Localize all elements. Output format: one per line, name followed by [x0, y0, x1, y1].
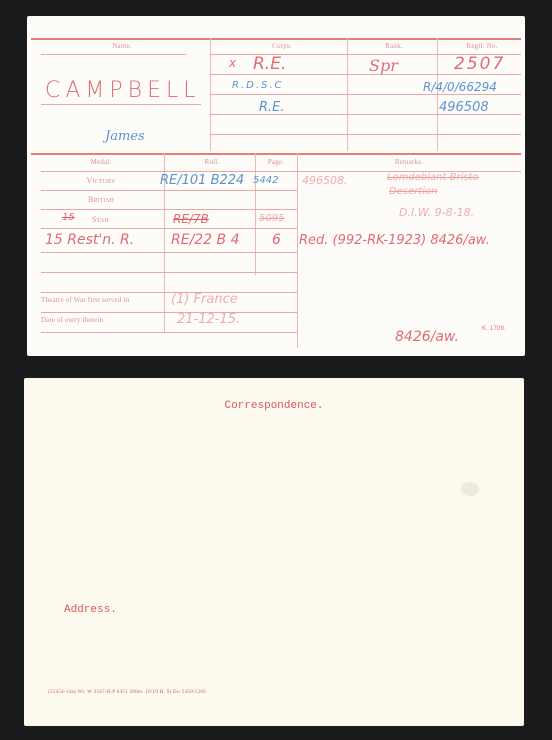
theatre-value: (1) France [171, 292, 238, 307]
roll-victory: RE/101 B224 [160, 173, 244, 188]
rule [41, 228, 297, 229]
entry-date-label: Date of entry therein [41, 316, 103, 324]
header-page: Page. [255, 158, 297, 166]
medal-victory: Victory [41, 176, 161, 185]
remarks-rest: Red. (992-RK-1923) 8426/aw. [299, 233, 490, 248]
remarks-struck-1: Lomdeblant Bristo [387, 172, 479, 183]
rule [41, 252, 297, 253]
rule [41, 190, 297, 191]
medal-star: Star [92, 215, 109, 224]
forename: James [105, 129, 145, 144]
print-line: (25454-14a) Wt. W 3347-H.P 6451 200m. 10… [48, 690, 206, 695]
page-star: 5095 [259, 213, 284, 224]
rule [210, 74, 521, 75]
header-name: Name. [67, 42, 177, 50]
header-corps: Corps. [217, 42, 347, 50]
roll-star: RE/7B [173, 212, 209, 226]
medal-card-back: Correspondence. Address. (25454-14a) Wt.… [24, 378, 524, 726]
rule [210, 134, 521, 135]
remarks-struck-2: Desertion [389, 186, 437, 197]
corps-1: R.E. [253, 54, 286, 74]
rule [41, 272, 297, 273]
regt-no-1: 2507 [454, 54, 505, 74]
address-label: Address. [64, 604, 117, 616]
regt-no-3: 496508 [439, 100, 489, 115]
rule [31, 153, 521, 155]
regt-no-2: R/4/0/66294 [423, 80, 497, 94]
remarks-victory: 496508. [302, 174, 348, 187]
rule [41, 54, 186, 55]
surname: CAMPBELL [45, 78, 200, 103]
rank-value: Spr [369, 56, 398, 75]
header-roll: Roll. [167, 158, 257, 166]
paper-stain [461, 482, 479, 496]
rule [41, 209, 297, 210]
rule [41, 171, 297, 172]
medal-british: British [41, 195, 161, 204]
rule [41, 332, 297, 333]
corps-2: R.D.S.C [232, 80, 284, 91]
remarks-note: D.I.W. 9-8-18. [399, 206, 474, 219]
rule [41, 104, 201, 105]
page-victory: 5442 [253, 175, 278, 186]
page-rest: 6 [272, 232, 281, 248]
form-number: K. 1709. [482, 326, 506, 332]
roll-rest: RE/22 B 4 [171, 232, 240, 248]
theatre-label: Theatre of War first served in [41, 296, 129, 304]
corps-3: R.E. [259, 100, 285, 115]
medal-star-prefix: 15 [62, 212, 75, 223]
footer-ref: 8426/aw. [395, 329, 459, 345]
medal-rest: 15 Rest'n. R. [45, 232, 134, 248]
header-remarks: Remarks. [299, 158, 519, 166]
top-rule [31, 38, 521, 40]
header-rank: Rank. [349, 42, 439, 50]
header-medal: Medal. [41, 158, 161, 166]
header-regt-no: Regtl. No. [439, 42, 525, 50]
entry-date-value: 21-12-15. [177, 312, 240, 327]
medal-card-front: Name. Corps. Rank. Regtl. No. CAMPBELL J… [27, 16, 525, 356]
rule [210, 94, 521, 95]
rule [41, 312, 297, 313]
correspondence-heading: Correspondence. [24, 400, 524, 412]
divider [297, 153, 298, 348]
rule [41, 292, 297, 293]
corps-marker: x [229, 56, 236, 70]
